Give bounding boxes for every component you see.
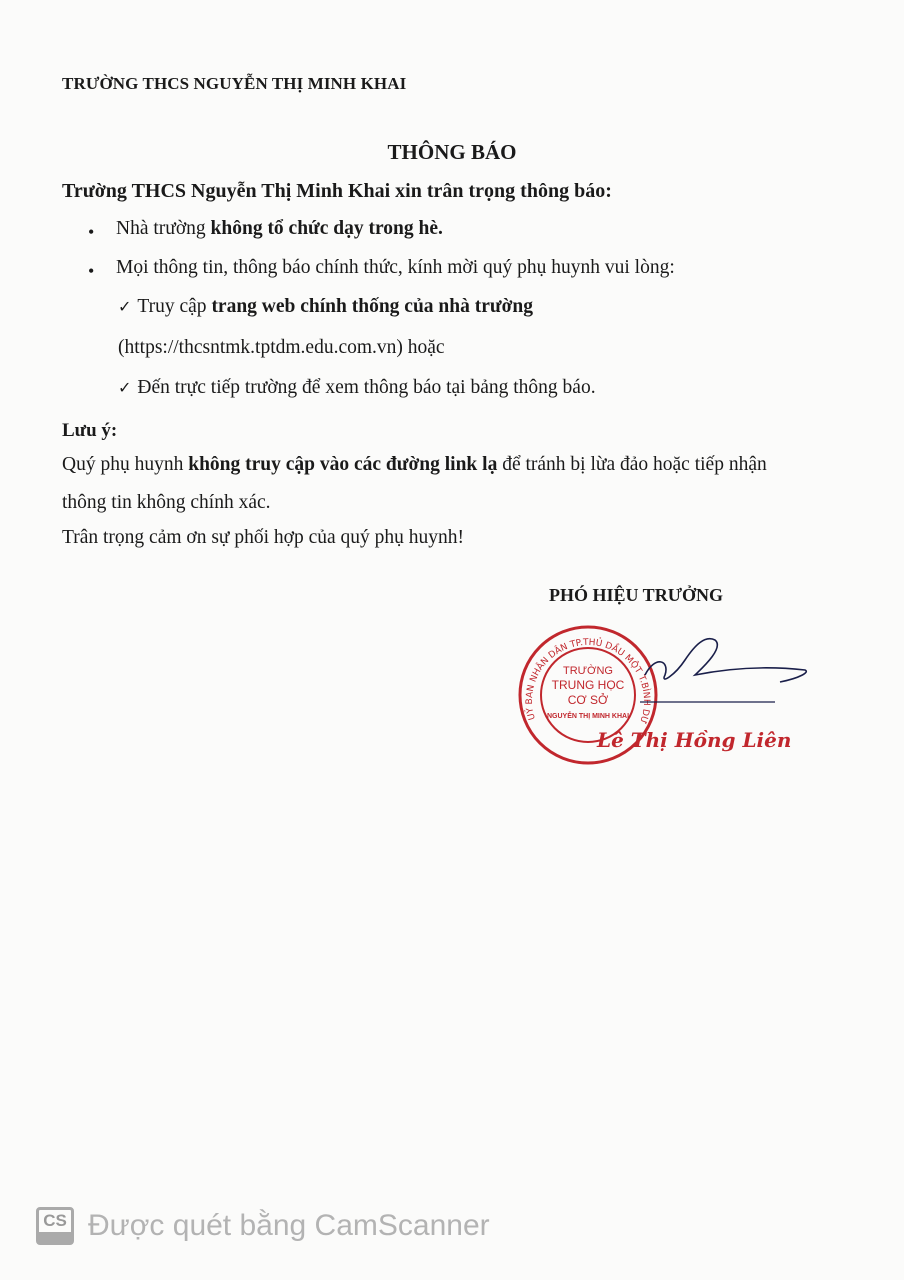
bullet-icon: • bbox=[88, 222, 94, 243]
intro-line: Trường THCS Nguyễn Thị Minh Khai xin trâ… bbox=[62, 180, 612, 203]
svg-text:NGUYỄN THỊ MINH KHAI: NGUYỄN THỊ MINH KHAI bbox=[547, 711, 629, 720]
check-item-2: ✓Đến trực tiếp trường để xem thông báo t… bbox=[118, 377, 596, 399]
camscanner-watermark: CS Được quét bằng CamScanner bbox=[36, 1207, 490, 1245]
signer-name: Lê Thị Hồng Liên bbox=[597, 728, 791, 752]
handwritten-signature bbox=[640, 630, 820, 710]
signature-title: PHÓ HIỆU TRƯỞNG bbox=[549, 585, 723, 606]
document-title: THÔNG BÁO bbox=[0, 140, 904, 165]
note-label: Lưu ý: bbox=[62, 420, 117, 442]
check-icon: ✓ bbox=[118, 378, 131, 397]
note-line-1: Quý phụ huynh không truy cập vào các đườ… bbox=[62, 454, 767, 476]
bullet-icon: • bbox=[88, 261, 94, 282]
svg-text:TRUNG HỌC: TRUNG HỌC bbox=[552, 678, 625, 692]
svg-text:TRƯỜNG: TRƯỜNG bbox=[563, 664, 613, 677]
school-header: TRƯỜNG THCS NGUYỄN THỊ MINH KHAI bbox=[62, 74, 406, 94]
note-line-2: thông tin không chính xác. bbox=[62, 492, 271, 514]
svg-text:CƠ SỞ: CƠ SỞ bbox=[568, 692, 609, 707]
bullet-item-1: Nhà trường không tổ chức dạy trong hè. bbox=[116, 218, 443, 240]
website-url: (https://thcsntmk.tptdm.edu.com.vn) hoặc bbox=[118, 337, 445, 359]
watermark-text: Được quét bằng CamScanner bbox=[88, 1209, 490, 1243]
check-item-1: ✓Truy cập trang web chính thống của nhà … bbox=[118, 296, 533, 318]
camscanner-logo-icon: CS bbox=[36, 1207, 74, 1245]
thanks-line: Trân trọng cảm ơn sự phối hợp của quý ph… bbox=[62, 527, 464, 549]
check-icon: ✓ bbox=[118, 297, 131, 316]
bullet-item-2: Mọi thông tin, thông báo chính thức, kín… bbox=[116, 257, 675, 279]
